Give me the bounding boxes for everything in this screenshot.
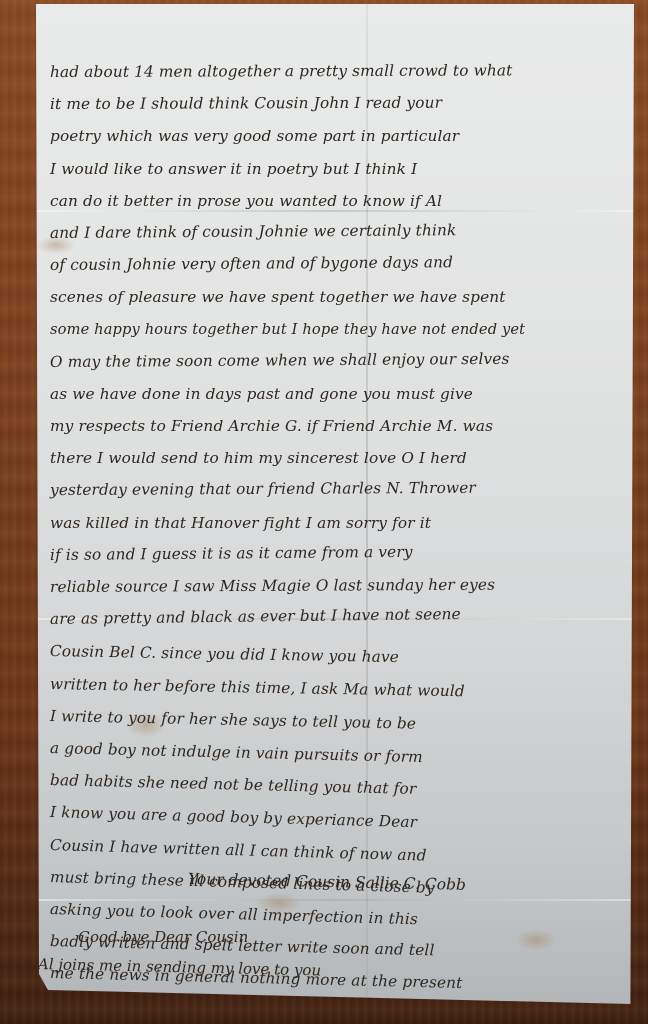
letter-line: of cousin Johnie very often and of bygon… [50, 245, 630, 281]
letter-line: poetry which was very good some part in … [50, 120, 630, 152]
letter-line: O may the time soon come when we shall e… [50, 342, 630, 378]
letter-line: yesterday evening that our friend Charle… [50, 471, 630, 506]
letter-line: some happy hours together but I hope the… [50, 314, 630, 346]
letter-line: can do it better in prose you wanted to … [50, 185, 630, 217]
postscript-line: Good bye Dear Cousin [78, 928, 248, 946]
letter-line: I would like to answer it in poetry but … [50, 153, 630, 185]
letter-line: it me to be I should think Cousin John I… [50, 86, 630, 120]
letter-body: had about 14 men altogether a pretty sma… [50, 56, 630, 989]
letter-line: there I would send to him my sincerest l… [50, 442, 630, 474]
letter-line: if is so and I guess it is as it came fr… [50, 534, 630, 571]
letter-line: are as pretty and black as ever but I ha… [50, 596, 630, 635]
letter-line: and I dare think of cousin Johnie we cer… [50, 213, 630, 249]
letter-line: my respects to Friend Archie G. if Frien… [50, 410, 630, 442]
letter-line: as we have done in days past and gone yo… [50, 378, 630, 410]
letter-line: scenes of pleasure we have spent togethe… [50, 281, 630, 313]
letter-line: had about 14 men altogether a pretty sma… [50, 54, 630, 88]
